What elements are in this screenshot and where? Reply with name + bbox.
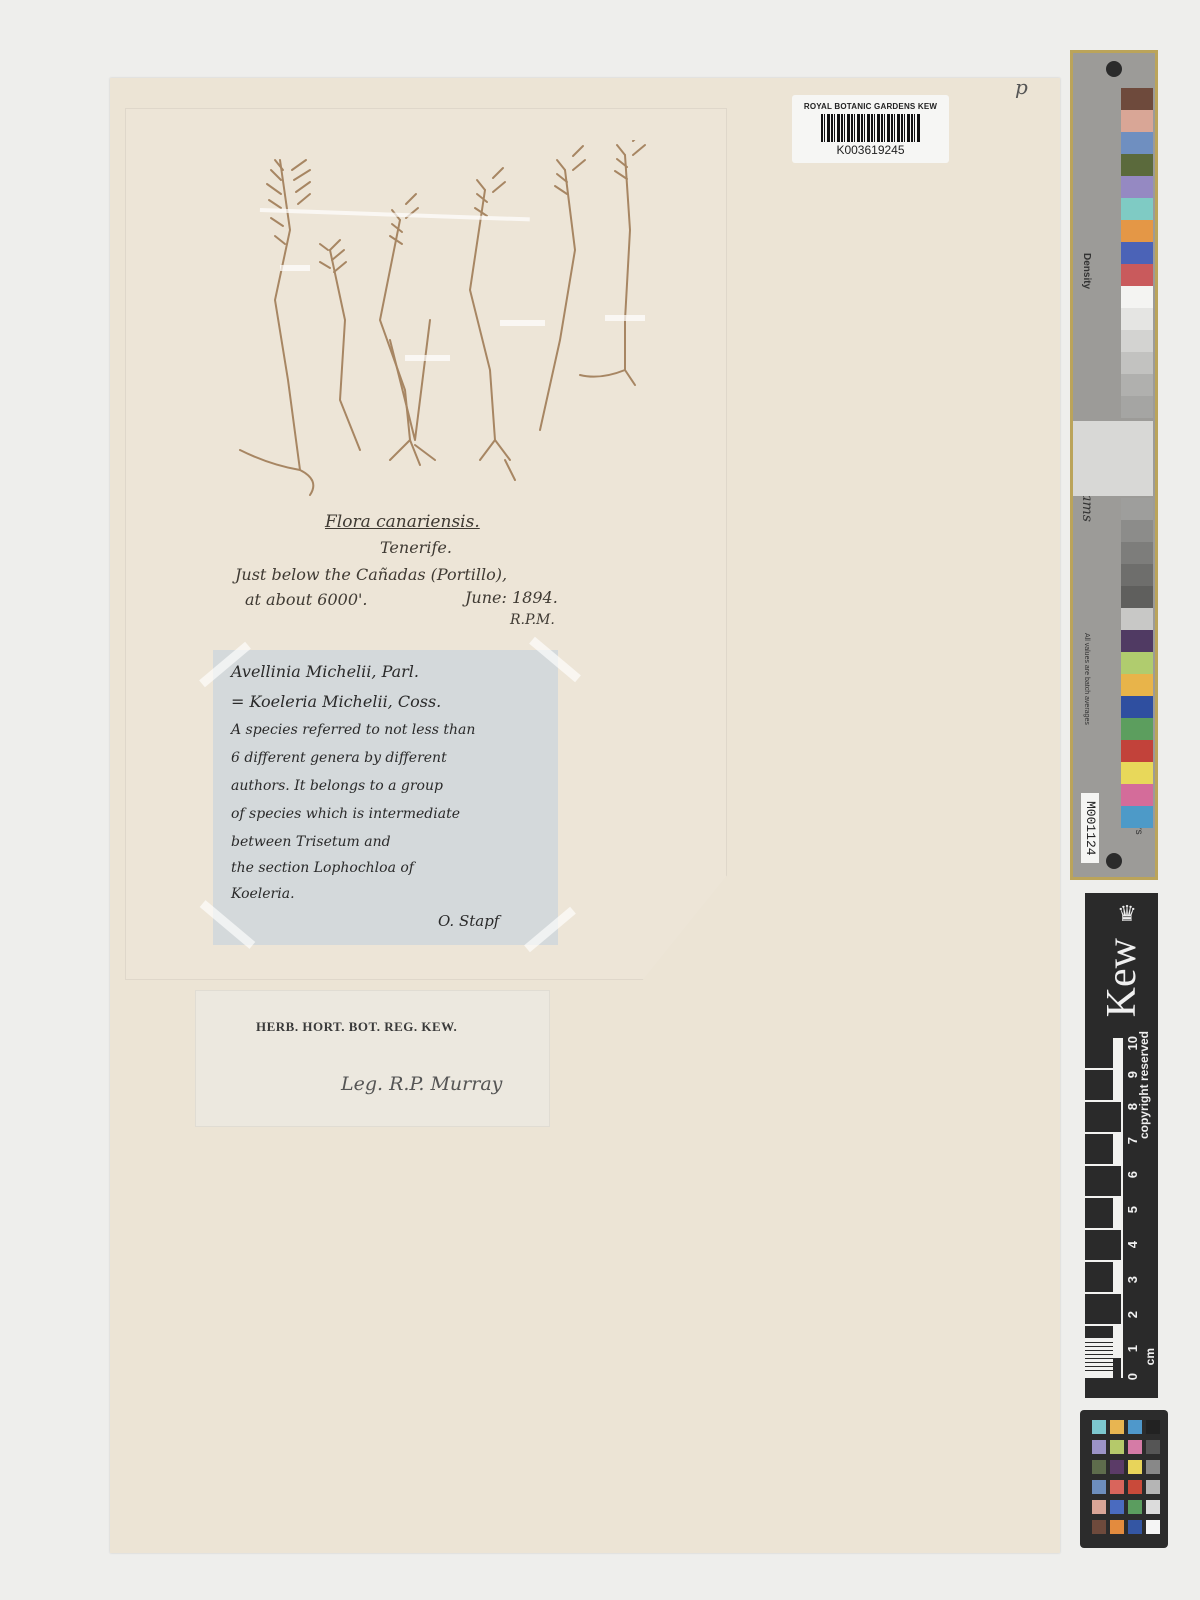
cm-scale-icon: [1085, 1038, 1125, 1378]
color-patch: [1121, 88, 1153, 110]
color-patch: [1121, 242, 1153, 264]
checker-cell: [1092, 1500, 1106, 1514]
sheet-mark: p: [1015, 75, 1028, 99]
checker-cell: [1110, 1480, 1124, 1494]
color-patch: [1121, 220, 1153, 242]
herbarium-label: HERB. HORT. BOT. REG. KEW. Leg. R.P. Mur…: [195, 990, 550, 1127]
barcode-icon: [821, 114, 921, 142]
ruler-hole: [1106, 853, 1122, 869]
checker-cell: [1146, 1500, 1160, 1514]
checker-cell: [1146, 1480, 1160, 1494]
color-patch: [1121, 806, 1153, 828]
collection-initials: R.P.M.: [510, 612, 555, 628]
checker-cell: [1146, 1460, 1160, 1474]
ruler-note: All values are batch averages: [1083, 633, 1090, 725]
kew-brand: Kew: [1099, 938, 1145, 1017]
color-patch: [1121, 586, 1153, 608]
det-signature: O. Stapf: [438, 912, 499, 930]
color-patch: [1121, 396, 1153, 418]
checker-cell: [1110, 1440, 1124, 1454]
det-line: = Koeleria Michelii, Coss.: [231, 692, 441, 711]
collection-flora: Flora canariensis.: [325, 512, 480, 532]
det-line: Koeleria.: [231, 886, 295, 902]
color-patch: [1121, 374, 1153, 396]
checker-cell: [1092, 1440, 1106, 1454]
color-patch: [1121, 176, 1153, 198]
color-patch: [1121, 740, 1153, 762]
color-patch: [1121, 542, 1153, 564]
color-patch: [1121, 352, 1153, 374]
scale-tick: 4: [1125, 1241, 1145, 1248]
color-patch: [1121, 762, 1153, 784]
kew-scale-bar: ♛ Kew copyright reserved 10 9 8 7 6 5 4 …: [1085, 893, 1158, 1398]
checker-cell: [1128, 1520, 1142, 1534]
scale-tick: 7: [1125, 1137, 1145, 1144]
color-patch: [1121, 630, 1153, 652]
checker-cell: [1092, 1420, 1106, 1434]
color-patch: [1121, 674, 1153, 696]
herbarium-title: HERB. HORT. BOT. REG. KEW.: [256, 1019, 457, 1035]
scale-tick: 8: [1125, 1103, 1145, 1110]
color-patch: [1121, 718, 1153, 740]
collection-locality: Just below the Cañadas (Portillo),: [235, 565, 507, 584]
det-line: the section Lophochloa of: [231, 860, 414, 876]
gray-wedge: [1073, 421, 1153, 496]
color-patch: [1121, 564, 1153, 586]
det-line: A species referred to not less than: [231, 722, 475, 738]
checker-cell: [1128, 1460, 1142, 1474]
barcode-number: K003619245: [792, 143, 949, 157]
color-patch: [1121, 330, 1153, 352]
color-patch: [1121, 110, 1153, 132]
det-line: Avellinia Michelii, Parl.: [231, 662, 419, 681]
color-patch: [1121, 286, 1153, 308]
collector-name: Leg. R.P. Murray: [341, 1073, 502, 1095]
color-patch: [1121, 498, 1153, 520]
color-patch: [1121, 784, 1153, 806]
collection-island: Tenerife.: [380, 538, 452, 557]
checker-cell: [1146, 1440, 1160, 1454]
checker-cell: [1128, 1440, 1142, 1454]
checker-cell: [1128, 1480, 1142, 1494]
checker-cell: [1092, 1480, 1106, 1494]
checker-cell: [1092, 1460, 1106, 1474]
scale-tick: 6: [1125, 1171, 1145, 1178]
checker-cell: [1128, 1500, 1142, 1514]
collection-date: June: 1894.: [465, 588, 558, 607]
color-patch: [1121, 608, 1153, 630]
scale-tick: 2: [1125, 1311, 1145, 1318]
checker-cell: [1092, 1520, 1106, 1534]
color-checker: [1080, 1410, 1168, 1548]
checker-cell: [1110, 1500, 1124, 1514]
color-patch: [1121, 652, 1153, 674]
checker-cell: [1128, 1420, 1142, 1434]
scale-tick: 5: [1125, 1206, 1145, 1213]
color-patch: [1121, 264, 1153, 286]
collection-altitude: at about 6000'.: [245, 590, 368, 609]
color-patch: [1121, 696, 1153, 718]
checker-cell: [1146, 1420, 1160, 1434]
ruler-code: M001124: [1081, 793, 1099, 863]
scale-unit: cm: [1143, 1348, 1163, 1365]
color-ruler: inches centimeters Density Don Williams …: [1070, 50, 1158, 880]
checker-cell: [1146, 1520, 1160, 1534]
institution-name: ROYAL BOTANIC GARDENS KEW: [792, 102, 949, 111]
scale-tick: 1: [1125, 1345, 1145, 1352]
scale-tick: 0: [1125, 1373, 1145, 1380]
ruler-hole: [1106, 61, 1122, 77]
checker-cell: [1110, 1460, 1124, 1474]
scale-tick: 10: [1125, 1036, 1145, 1050]
color-patch: [1121, 308, 1153, 330]
barcode-label: ROYAL BOTANIC GARDENS KEW K003619245: [792, 95, 949, 163]
det-line: authors. It belongs to a group: [231, 778, 443, 794]
scale-tick: 9: [1125, 1071, 1145, 1078]
checker-cell: [1110, 1520, 1124, 1534]
det-line: of species which is intermediate: [231, 806, 460, 822]
color-patch: [1121, 132, 1153, 154]
color-patch: [1121, 520, 1153, 542]
color-patch: [1121, 154, 1153, 176]
grass-specimen-icon: [230, 140, 660, 510]
checker-cell: [1110, 1420, 1124, 1434]
det-line: between Trisetum and: [231, 834, 391, 850]
scale-tick: 3: [1125, 1276, 1145, 1283]
determination-label: Avellinia Michelii, Parl. = Koeleria Mic…: [213, 650, 558, 945]
det-line: 6 different genera by different: [231, 750, 447, 766]
royal-crest-icon: ♛: [1113, 901, 1141, 931]
density-label: Density: [1081, 253, 1092, 289]
color-patch: [1121, 198, 1153, 220]
